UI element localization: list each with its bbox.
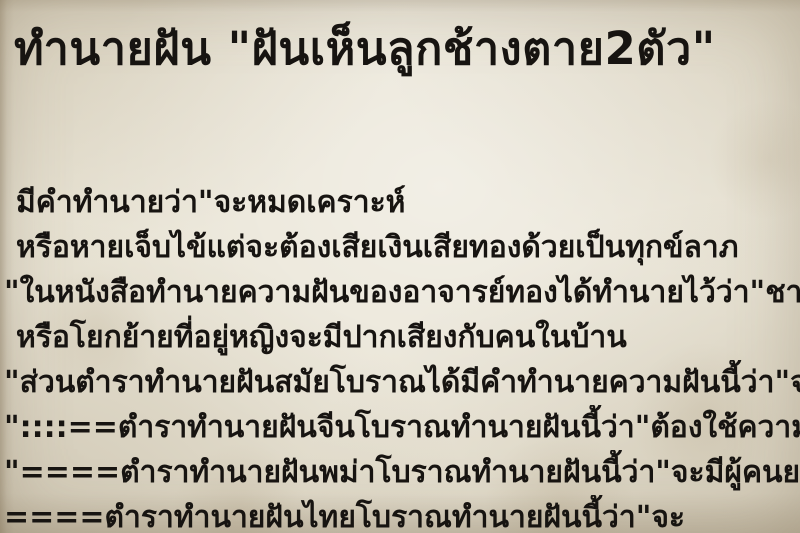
body-line-7: "====ตำราทำนายฝันพม่าโบราณทำนายฝันนี้ว่า… xyxy=(0,450,800,495)
body-line-2: หรือหายเจ็บไข้แต่จะต้องเสียเงินเสียทองด้… xyxy=(0,225,800,270)
body-line-6: "::::==ตำราทำนายฝันจีนโบราณทำนายฝันนี้ว่… xyxy=(0,405,800,450)
body-line-3: "ในหนังสือทำนายความฝันของอาจารย์ทองได้ทำ… xyxy=(0,270,800,315)
dream-interpretation-page: ทำนายฝัน "ฝันเห็นลูกช้างตาย2ตัว" มีคำทำน… xyxy=(0,0,800,533)
body-line-4: หรือโยกย้ายที่อยู่หญิงจะมีปากเสียงกับคนใ… xyxy=(0,315,800,360)
body-text: มีคำทำนายว่า"จะหมดเคราะห์ หรือหายเจ็บไข้… xyxy=(0,180,800,533)
body-line-5: "ส่วนตำราทำนายฝันสมัยโบราณได้มีคำทำนายคว… xyxy=(0,360,800,405)
body-line-1: มีคำทำนายว่า"จะหมดเคราะห์ xyxy=(0,180,800,225)
body-line-8-clipped: ====ตำราทำนายฝันไทยโบราณทำนายฝันนี้ว่า"จ… xyxy=(0,495,800,533)
page-title: ทำนายฝัน "ฝันเห็นลูกช้างตาย2ตัว" xyxy=(14,12,716,84)
